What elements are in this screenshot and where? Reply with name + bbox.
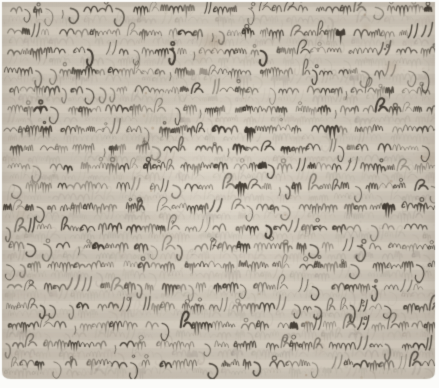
manuscript-page-canvas <box>0 0 439 388</box>
manuscript-scan <box>0 0 439 388</box>
